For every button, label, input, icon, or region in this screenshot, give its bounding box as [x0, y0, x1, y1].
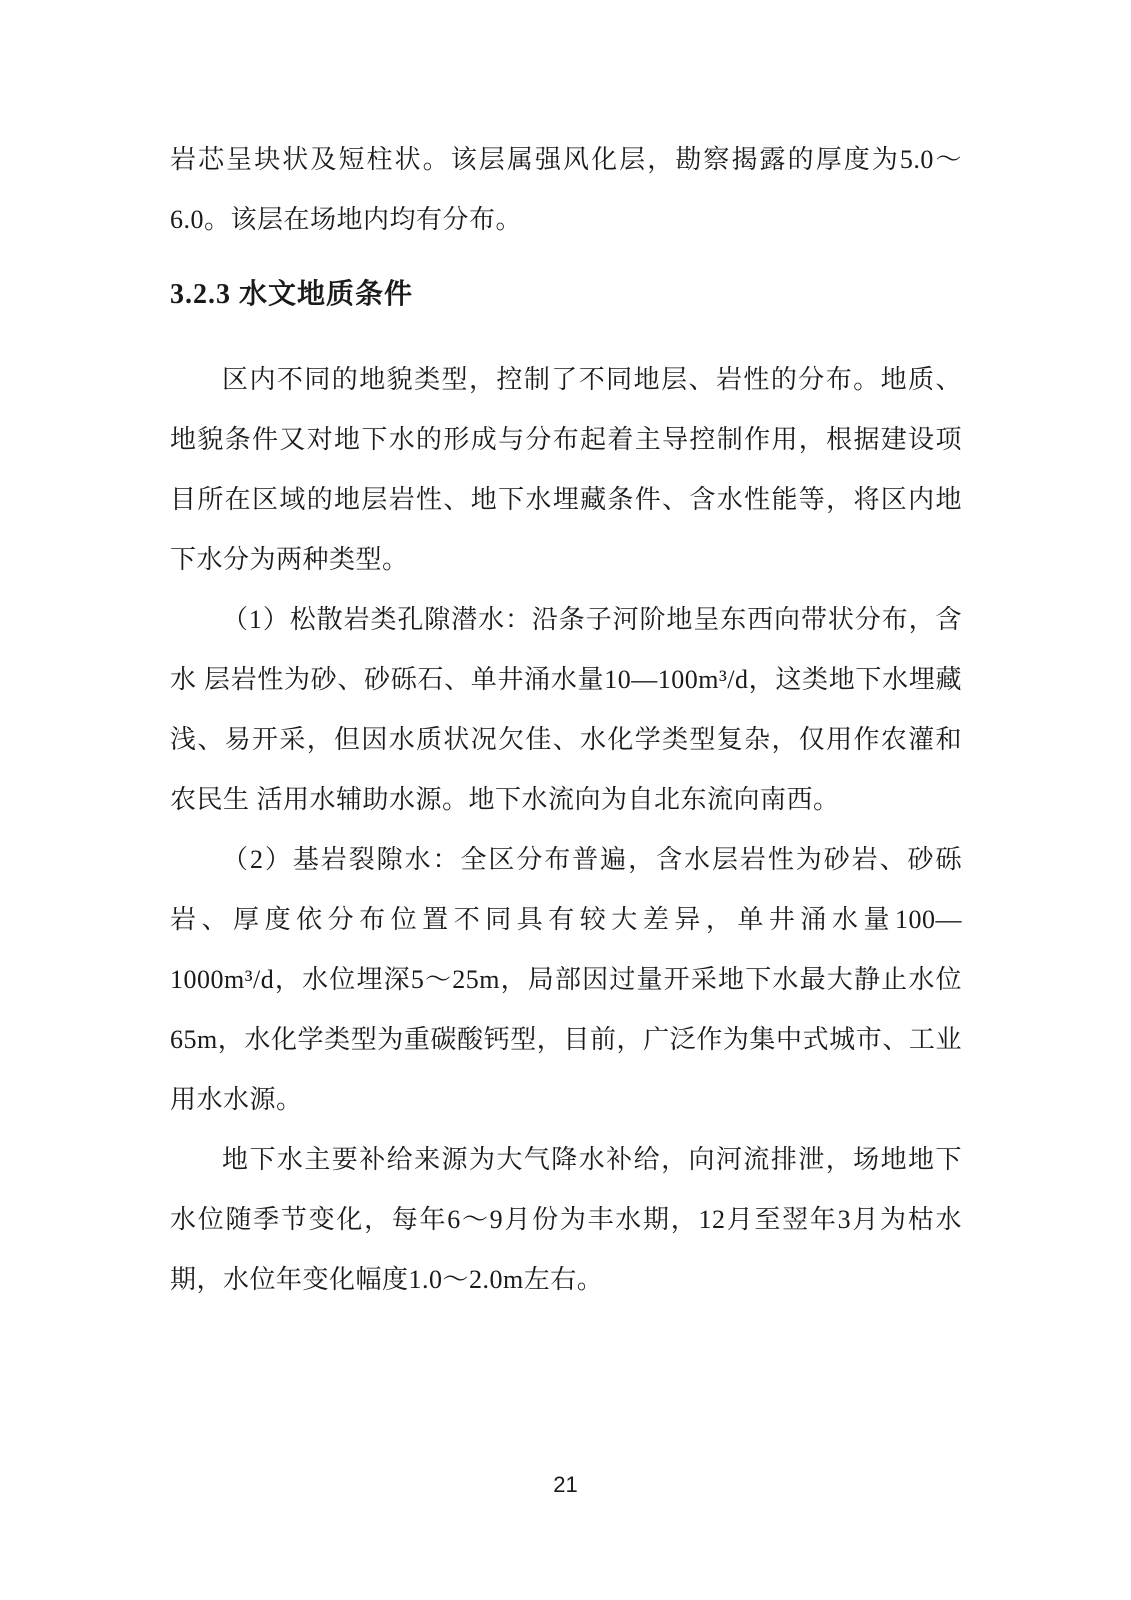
paragraph-groundwater-intro: 区内不同的地貌类型，控制了不同地层、岩性的分布。地质、地貌条件又对地下水的形成与…	[170, 350, 962, 590]
paragraph-groundwater-recharge: 地下水主要补给来源为大气降水补给，向河流排泄，场地地下水位随季节变化，每年6～9…	[170, 1130, 962, 1310]
paragraph-item-2-bedrock-fissure-water: （2）基岩裂隙水：全区分布普遍，含水层岩性为砂岩、砂砾岩、厚度依分布位置不同具有…	[170, 830, 962, 1130]
page-content: 岩芯呈块状及短柱状。该层属强风化层，勘察揭露的厚度为5.0～6.0。该层在场地内…	[170, 130, 962, 1310]
section-heading-hydrogeology: 3.2.3 水文地质条件	[170, 265, 962, 325]
document-page: 岩芯呈块状及短柱状。该层属强风化层，勘察揭露的厚度为5.0～6.0。该层在场地内…	[0, 0, 1131, 1600]
paragraph-rock-core-continuation: 岩芯呈块状及短柱状。该层属强风化层，勘察揭露的厚度为5.0～6.0。该层在场地内…	[170, 130, 962, 250]
paragraph-item-1-loose-rock-pore-water: （1）松散岩类孔隙潜水：沿条子河阶地呈东西向带状分布，含水 层岩性为砂、砂砾石、…	[170, 590, 962, 830]
page-number: 21	[0, 1472, 1131, 1498]
